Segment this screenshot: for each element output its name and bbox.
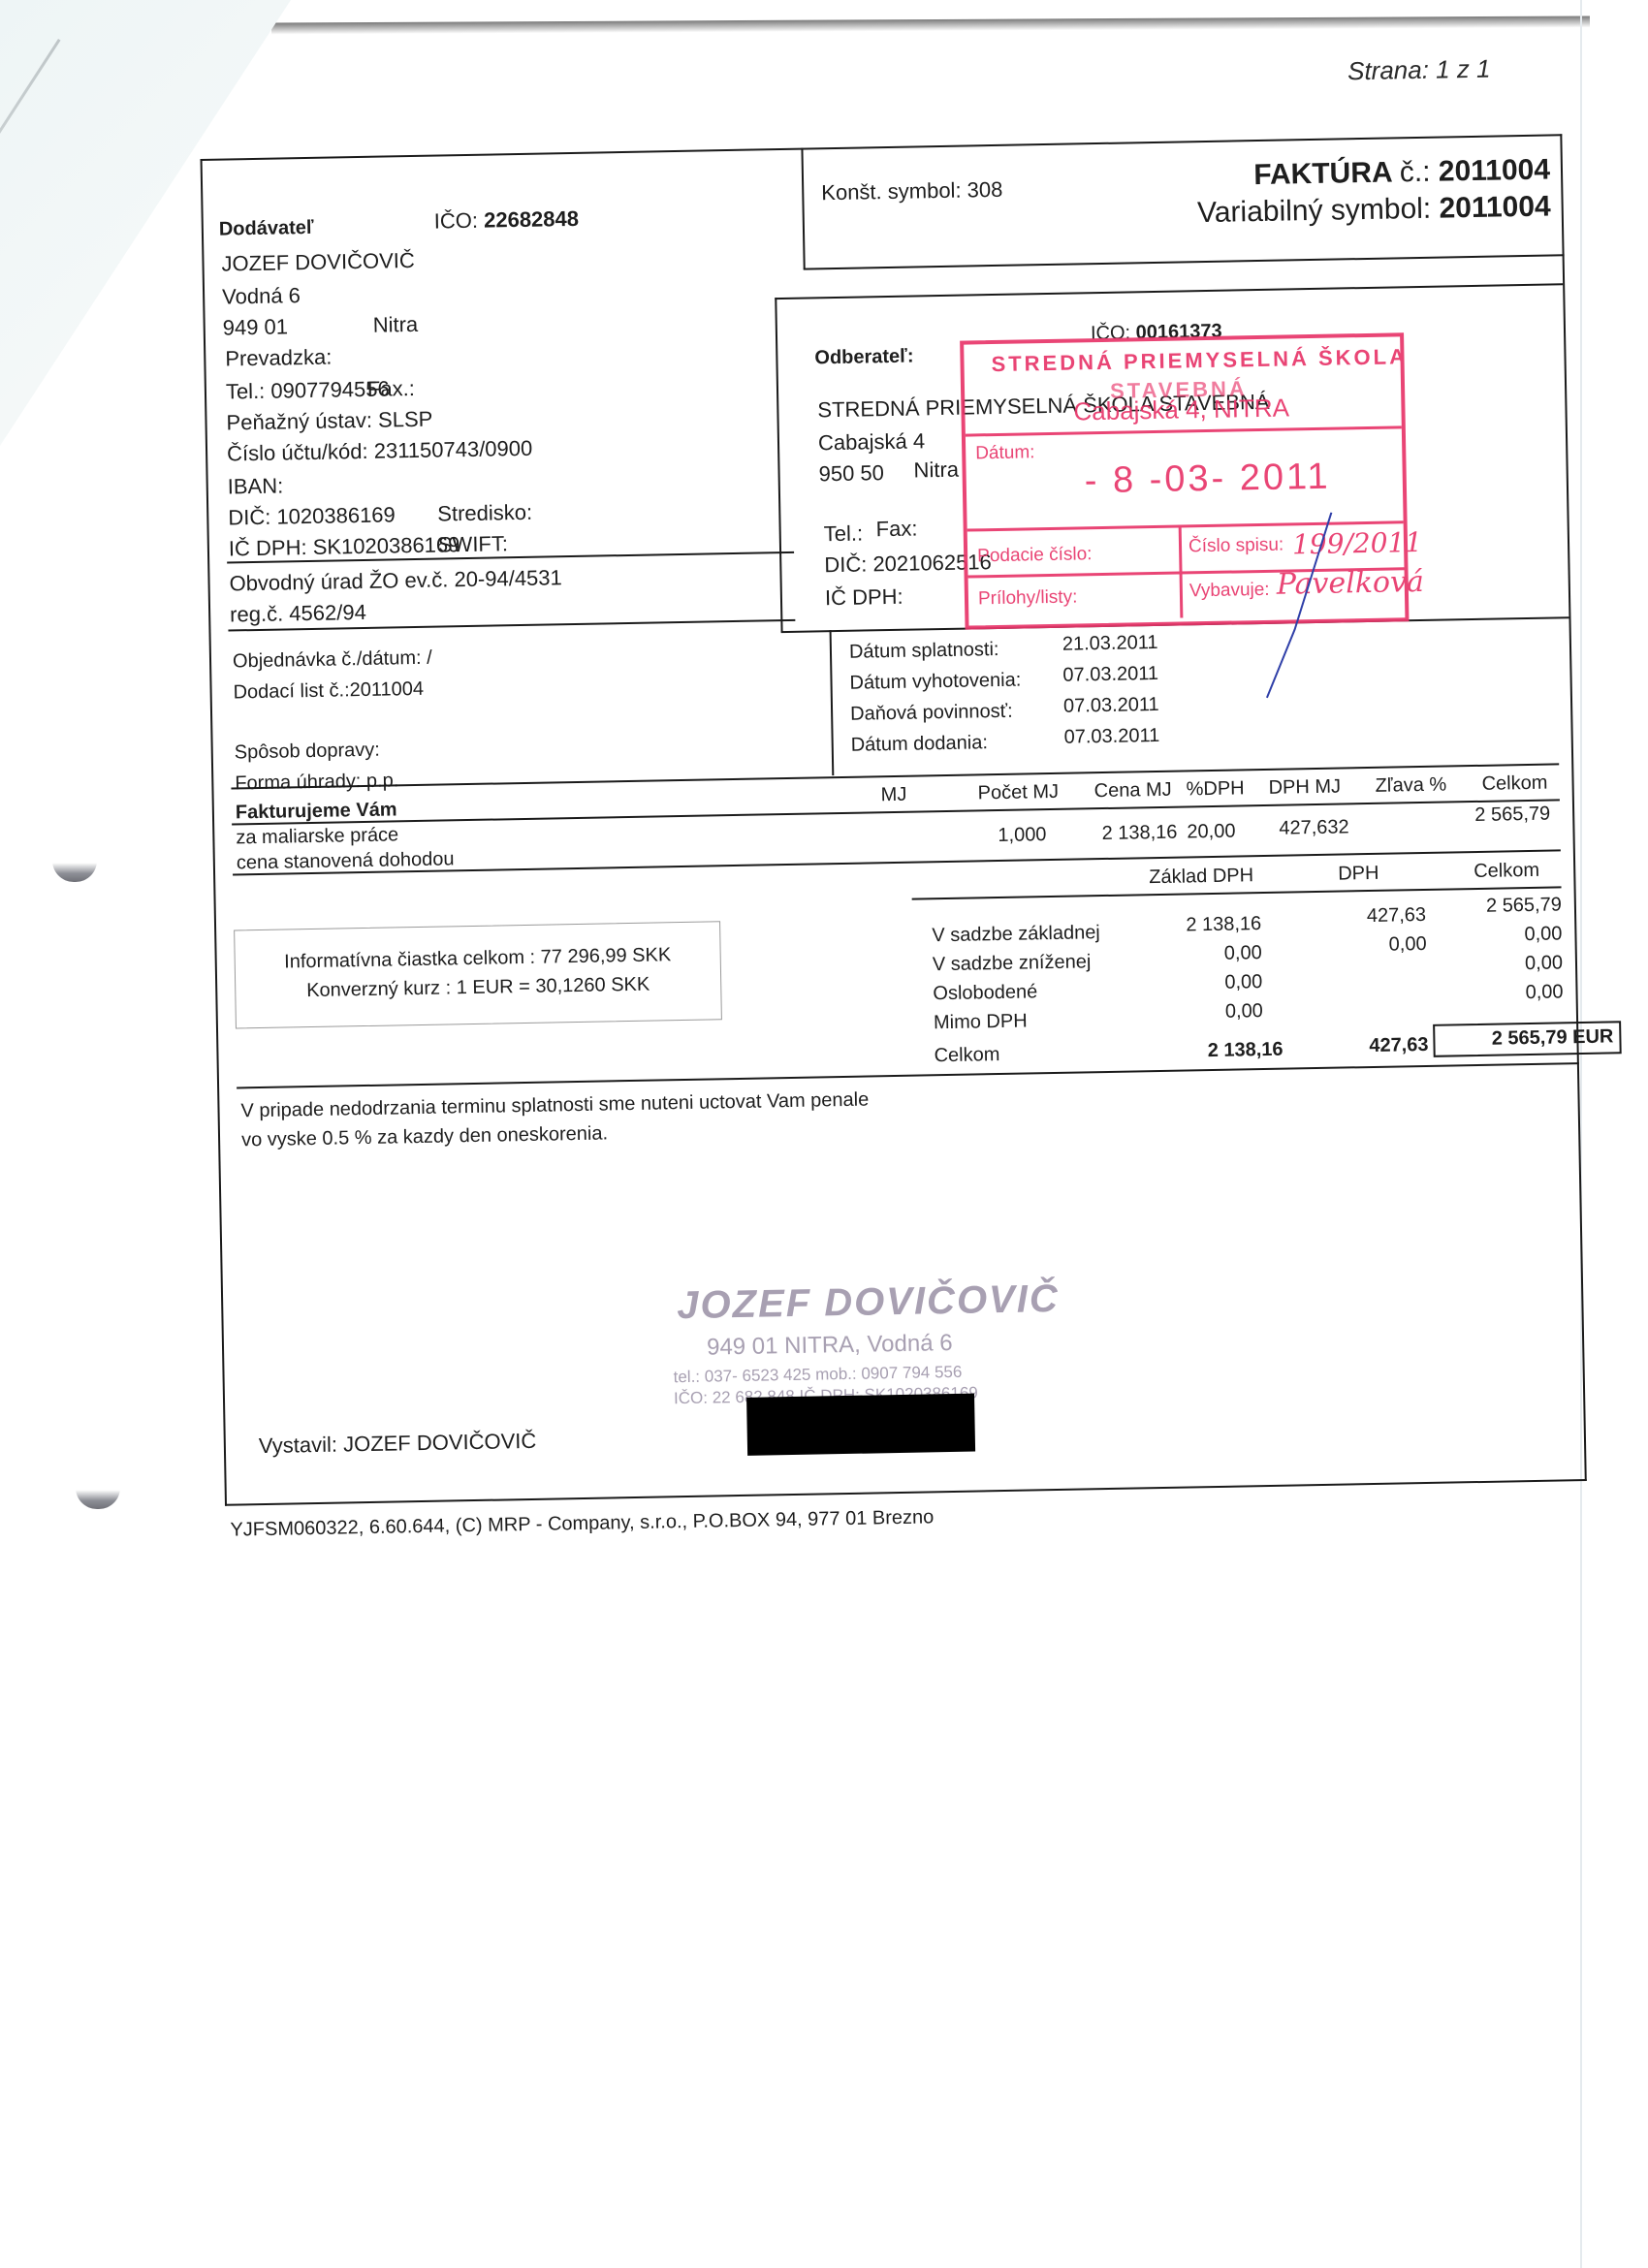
items-section-title: Fakturujeme Vám <box>236 799 397 824</box>
issued-by: Vystavil: JOZEF DOVIČOVIČ <box>259 1429 537 1459</box>
supplier-ico: IČO: 22682848 <box>434 206 580 235</box>
summary-row-total: 2 565,79 <box>1445 894 1562 918</box>
handwritten-stroke <box>1224 512 1383 709</box>
info-box: Informatívna čiastka celkom : 77 296,99 … <box>234 921 722 1028</box>
stamp-school-name: STREDNÁ PRIEMYSELNÁ ŠKOLA <box>991 344 1408 377</box>
supplier-iban: IBAN: <box>228 473 284 499</box>
date-label: Daňová povinnosť: <box>850 701 1013 726</box>
item-vat-amount: 427,632 <box>1279 816 1349 839</box>
summary-row-vat <box>1321 992 1428 993</box>
summary-bottom-line <box>237 1062 1579 1088</box>
supplier-fax: Fax.: <box>367 376 415 402</box>
redacted-signature <box>746 1394 975 1456</box>
supplier-zip: 949 01 <box>223 314 289 340</box>
ico-label: IČO: <box>434 208 479 234</box>
stamp-address: Cabajská 4, NITRA <box>1073 393 1289 426</box>
customer-street: Cabajská 4 <box>818 428 926 456</box>
item-unit-price: 2 138,16 <box>1065 822 1177 846</box>
supplier-prevadzka: Prevadzka: <box>225 345 333 372</box>
summary-row-vat <box>1320 962 1427 964</box>
supplier-bank: Peňažný ústav: SLSP <box>226 407 432 436</box>
summary-row-base: 0,00 <box>1146 971 1262 995</box>
customer-box-left <box>775 298 782 632</box>
payment-method: Forma úhrady: p.p. <box>235 770 398 795</box>
invoice-no-label: č.: <box>1400 156 1431 189</box>
frame-left <box>201 159 227 1506</box>
invoice-label: FAKTÚRA <box>1253 156 1392 191</box>
item-description: za maliarske práce <box>236 824 398 849</box>
summary-row-label: V sadzbe základnej <box>932 922 1100 947</box>
frame-bottom <box>225 1479 1587 1506</box>
dates-divider <box>830 630 835 775</box>
summary-row-label: Oslobodené <box>933 981 1037 1005</box>
item-total: 2 565,79 <box>1424 803 1550 828</box>
ico-value: 22682848 <box>484 206 579 233</box>
grand-total: 2 565,79 EUR <box>1492 1025 1614 1050</box>
customer-zip: 950 50 <box>818 460 884 487</box>
invoice-number: 2011004 <box>1439 153 1551 187</box>
customer-tel: Tel.: <box>824 521 864 548</box>
date-label: Dátum dodania: <box>851 732 989 757</box>
supplier-swift: SWIFT: <box>438 531 509 557</box>
supplier-stamp-name: JOZEF DOVIČOVIČ <box>677 1277 1060 1328</box>
supplier-name: JOZEF DOVIČOVIČ <box>221 248 415 277</box>
column-header: Počet MJ <box>977 781 1059 805</box>
supplier-stredisko: Stredisko: <box>437 500 532 527</box>
summary-row-label: Mimo DPH <box>934 1011 1028 1035</box>
item-quantity: 1,000 <box>949 824 1046 848</box>
frame-right <box>1560 134 1586 1481</box>
customer-city: Nitra <box>913 457 959 484</box>
header-bottom-line <box>804 254 1565 269</box>
summary-total-base: 2 138,16 <box>1147 1039 1283 1064</box>
summary-column-header: DPH <box>1338 863 1379 886</box>
date-value: 07.03.2011 <box>1063 694 1159 718</box>
summary-row-total: 0,00 <box>1446 952 1563 976</box>
page-number: Strana: 1 z 1 <box>1347 54 1491 87</box>
software-footer: YJFSM060322, 6.60.644, (C) MRP - Company… <box>230 1506 934 1541</box>
grand-total-box: 2 565,79 EUR <box>1433 1021 1622 1057</box>
invoice-document: Strana: 1 z 1 Konšt. symbol: 308 FAKTÚRA… <box>199 52 1592 1512</box>
supplier-stamp-phones: tel.: 037- 6523 425 mob.: 0907 794 556 <box>673 1363 962 1387</box>
column-header: Zľava % <box>1375 774 1446 798</box>
invoice-title: FAKTÚRA č.: 2011004 <box>1253 153 1550 192</box>
date-label: Dátum vyhotovenia: <box>849 670 1021 695</box>
date-label: Dátum splatnosti: <box>849 639 999 664</box>
item-vat-pct: 20,00 <box>1187 821 1235 844</box>
penalty-note-line-1: V pripade nedodrzania terminu splatnosti… <box>240 1089 869 1123</box>
info-rate: Konverzný kurz : 1 EUR = 30,1260 SKK <box>236 972 720 1003</box>
stamp-divider-1 <box>966 425 1402 436</box>
stamp-prilohy-label: Prílohy/listy: <box>978 586 1078 610</box>
date-value: 07.03.2011 <box>1062 663 1158 687</box>
var-symbol-label: Variabilný symbol: <box>1197 193 1432 229</box>
summary-row-base: 0,00 <box>1147 1000 1263 1024</box>
summary-total-vat: 427,63 <box>1312 1034 1428 1058</box>
customer-box-top <box>775 283 1563 299</box>
delivery-note: Dodací list č.:2011004 <box>233 678 424 705</box>
summary-row-base: 0,00 <box>1146 942 1262 966</box>
customer-ic-dph: IČ DPH: <box>825 584 903 611</box>
supplier-heading: Dodávateľ <box>219 217 314 241</box>
summary-row-base: 2 138,16 <box>1145 913 1261 937</box>
summary-row-total: 0,00 <box>1445 923 1562 947</box>
shipping-method: Spôsob dopravy: <box>235 740 381 765</box>
supplier-office: Obvodný úrad ŽO ev.č. 20-94/4531 <box>229 565 562 596</box>
summary-row-vat: 427,63 <box>1319 904 1426 929</box>
order-number: Objednávka č./dátum: / <box>233 647 432 674</box>
supplier-tel: Tel.: 0907794556 <box>226 376 390 404</box>
supplier-dic: DIČ: 1020386169 <box>228 502 396 530</box>
konst-symbol: Konšt. symbol: 308 <box>821 177 1003 205</box>
column-header: Cena MJ <box>1093 779 1171 803</box>
info-amount: Informatívna čiastka celkom : 77 296,99 … <box>236 943 720 974</box>
customer-heading: Odberateľ: <box>814 346 914 370</box>
penalty-note-line-2: vo vyske 0.5 % za kazdy den oneskorenia. <box>241 1122 608 1151</box>
summary-column-header: Základ DPH <box>1149 865 1253 889</box>
stamp-date-label: Dátum: <box>975 442 1035 464</box>
stamp-date: - 8 -03- 2011 <box>1084 457 1331 503</box>
var-symbol-value: 2011004 <box>1439 190 1551 224</box>
supplier-account: Číslo účtu/kód: 231150743/0900 <box>227 436 533 467</box>
date-value: 21.03.2011 <box>1062 632 1158 656</box>
summary-column-header: Celkom <box>1474 860 1539 883</box>
punch-hole-bottom <box>76 1488 120 1509</box>
supplier-reg: reg.č. 4562/94 <box>230 600 366 628</box>
scan-edge-top <box>271 16 1590 34</box>
column-header: DPH MJ <box>1268 776 1341 800</box>
column-header: %DPH <box>1186 777 1244 801</box>
summary-total-label: Celkom <box>934 1044 999 1067</box>
supplier-city: Nitra <box>372 312 418 338</box>
punch-hole-top <box>52 861 97 882</box>
customer-fax: Fax: <box>875 516 917 542</box>
supplier-street: Vodná 6 <box>222 283 301 309</box>
date-value: 07.03.2011 <box>1063 725 1159 749</box>
summary-row-label: V sadzbe zníženej <box>933 951 1092 976</box>
header-divider <box>801 148 805 269</box>
stamp-podacie-label: Podacie číslo: <box>977 544 1093 567</box>
summary-row-vat: 0,00 <box>1319 933 1426 958</box>
variable-symbol: Variabilný symbol: 2011004 <box>1197 190 1551 230</box>
column-header: MJ <box>880 784 906 806</box>
column-header: Celkom <box>1481 772 1547 796</box>
summary-row-total: 0,00 <box>1446 981 1563 1005</box>
supplier-stamp-address: 949 01 NITRA, Vodná 6 <box>707 1330 953 1362</box>
